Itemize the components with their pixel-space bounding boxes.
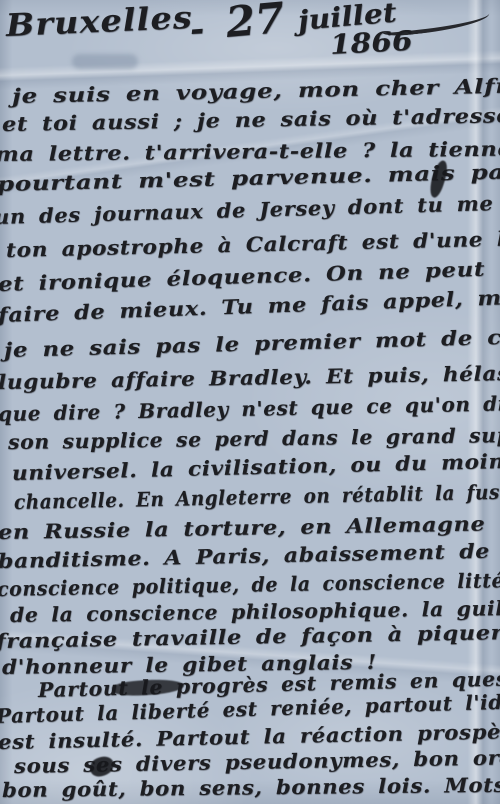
letter-line: je ne sais pas le premier mot de cette bbox=[4, 324, 500, 362]
letter-line: un des journaux de Jersey dont tu me par… bbox=[0, 189, 500, 229]
letter-line: chancelle. En Angleterre on rétablit la … bbox=[14, 478, 500, 514]
letter-line: ton apostrophe à Calcraft est d'une haut… bbox=[6, 225, 500, 262]
dateline-dash: - bbox=[189, 9, 206, 50]
letter-line: son supplice se perd dans le grand suppl… bbox=[8, 422, 500, 454]
letter-line: lugubre affaire Bradley. Et puis, hélas, bbox=[0, 361, 500, 394]
letter-line: conscience politique, de la conscience l… bbox=[0, 567, 500, 601]
letter-line: je suis en voyage, mon cher Alfred, bbox=[12, 73, 500, 108]
letter-line: que dire ? Bradley n'est que ce qu'on di… bbox=[0, 390, 500, 426]
dateline-year: 1866 bbox=[329, 26, 413, 61]
letter-line: et toi aussi ; je ne sais où t'adressera bbox=[2, 103, 500, 136]
letter-line: banditisme. A Paris, abaissement de la bbox=[0, 538, 500, 573]
letter-line: en Russie la torture, en Allemagne le bbox=[0, 511, 500, 544]
letter-body: je suis en voyage, mon cher Alfred, et t… bbox=[0, 0, 500, 804]
letter-scan: Bruxelles - 27 juillet 1866 je suis en v… bbox=[0, 0, 500, 804]
dateline-day: 27 bbox=[224, 0, 287, 47]
letter-line: bon goût, bon sens, bonnes lois. Mots qu… bbox=[2, 772, 500, 802]
letter-line: universel. la civilisation, ou du moins … bbox=[12, 448, 500, 485]
